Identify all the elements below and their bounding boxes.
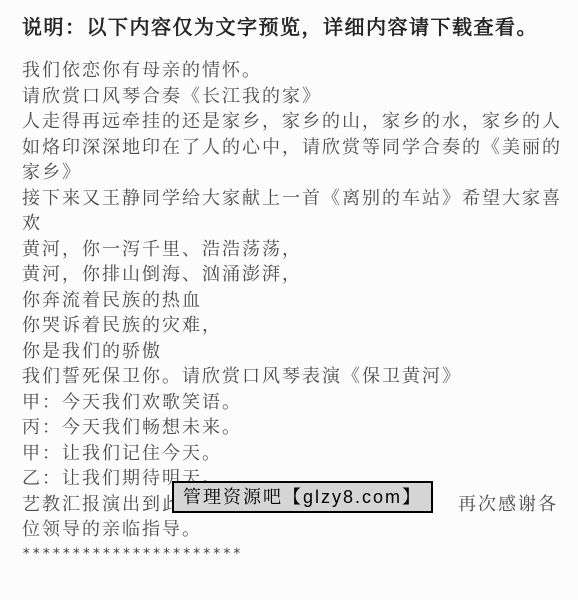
watermark-box: 管理资源吧【glzy8.com】 [172,481,433,513]
text-line: 请欣赏口风琴合奏《长江我的家》 [22,84,568,110]
text-line: 你奔流着民族的热血 [22,288,568,314]
text-line: 甲：今天我们欢歌笑语。 [22,390,568,416]
document-preview: 说明：以下内容仅为文字预览，详细内容请下载查看。 我们依恋你有母亲的情怀。 请欣… [0,0,578,600]
text-line: 我们依恋你有母亲的情怀。 [22,58,568,84]
preview-text: 我们依恋你有母亲的情怀。 请欣赏口风琴合奏《长江我的家》 人走得再远牵挂的还是家… [22,58,568,568]
preview-notice: 说明：以下内容仅为文字预览，详细内容请下载查看。 [22,14,538,42]
text-line: 人走得再远牵挂的还是家乡，家乡的山，家乡的水，家乡的人 [22,109,568,135]
text-line: 如烙印深深地印在了人的心中，请欣赏等同学合奏的《美丽的 [22,135,568,161]
watermark-line-after-text: 再次感谢各 [458,492,558,518]
text-line-with-watermark: 艺教汇报演出到此 管理资源吧【glzy8.com】 再次感谢各 [22,492,568,518]
text-line: 你是我们的骄傲 [22,339,568,365]
text-line: 家乡》 [22,160,568,186]
text-line: 欢 [22,211,568,237]
text-line: 丙：今天我们畅想未来。 [22,415,568,441]
text-line: 你哭诉着民族的灾难， [22,313,568,339]
text-line: 我们誓死保卫你。请欣赏口风琴表演《保卫黄河》 [22,364,568,390]
separator-marks: ********************** [22,543,568,569]
text-line: 甲：让我们记住今天。 [22,441,568,467]
text-line: 黄河，你一泻千里、浩浩荡荡， [22,237,568,263]
text-line: 接下来又王静同学给大家献上一首《离别的车站》希望大家喜 [22,186,568,212]
text-line: 黄河，你排山倒海、汹涌澎湃， [22,262,568,288]
watermark-line-before-text: 艺教汇报演出到此 [22,494,182,514]
text-line: 位领导的亲临指导。 [22,517,568,543]
